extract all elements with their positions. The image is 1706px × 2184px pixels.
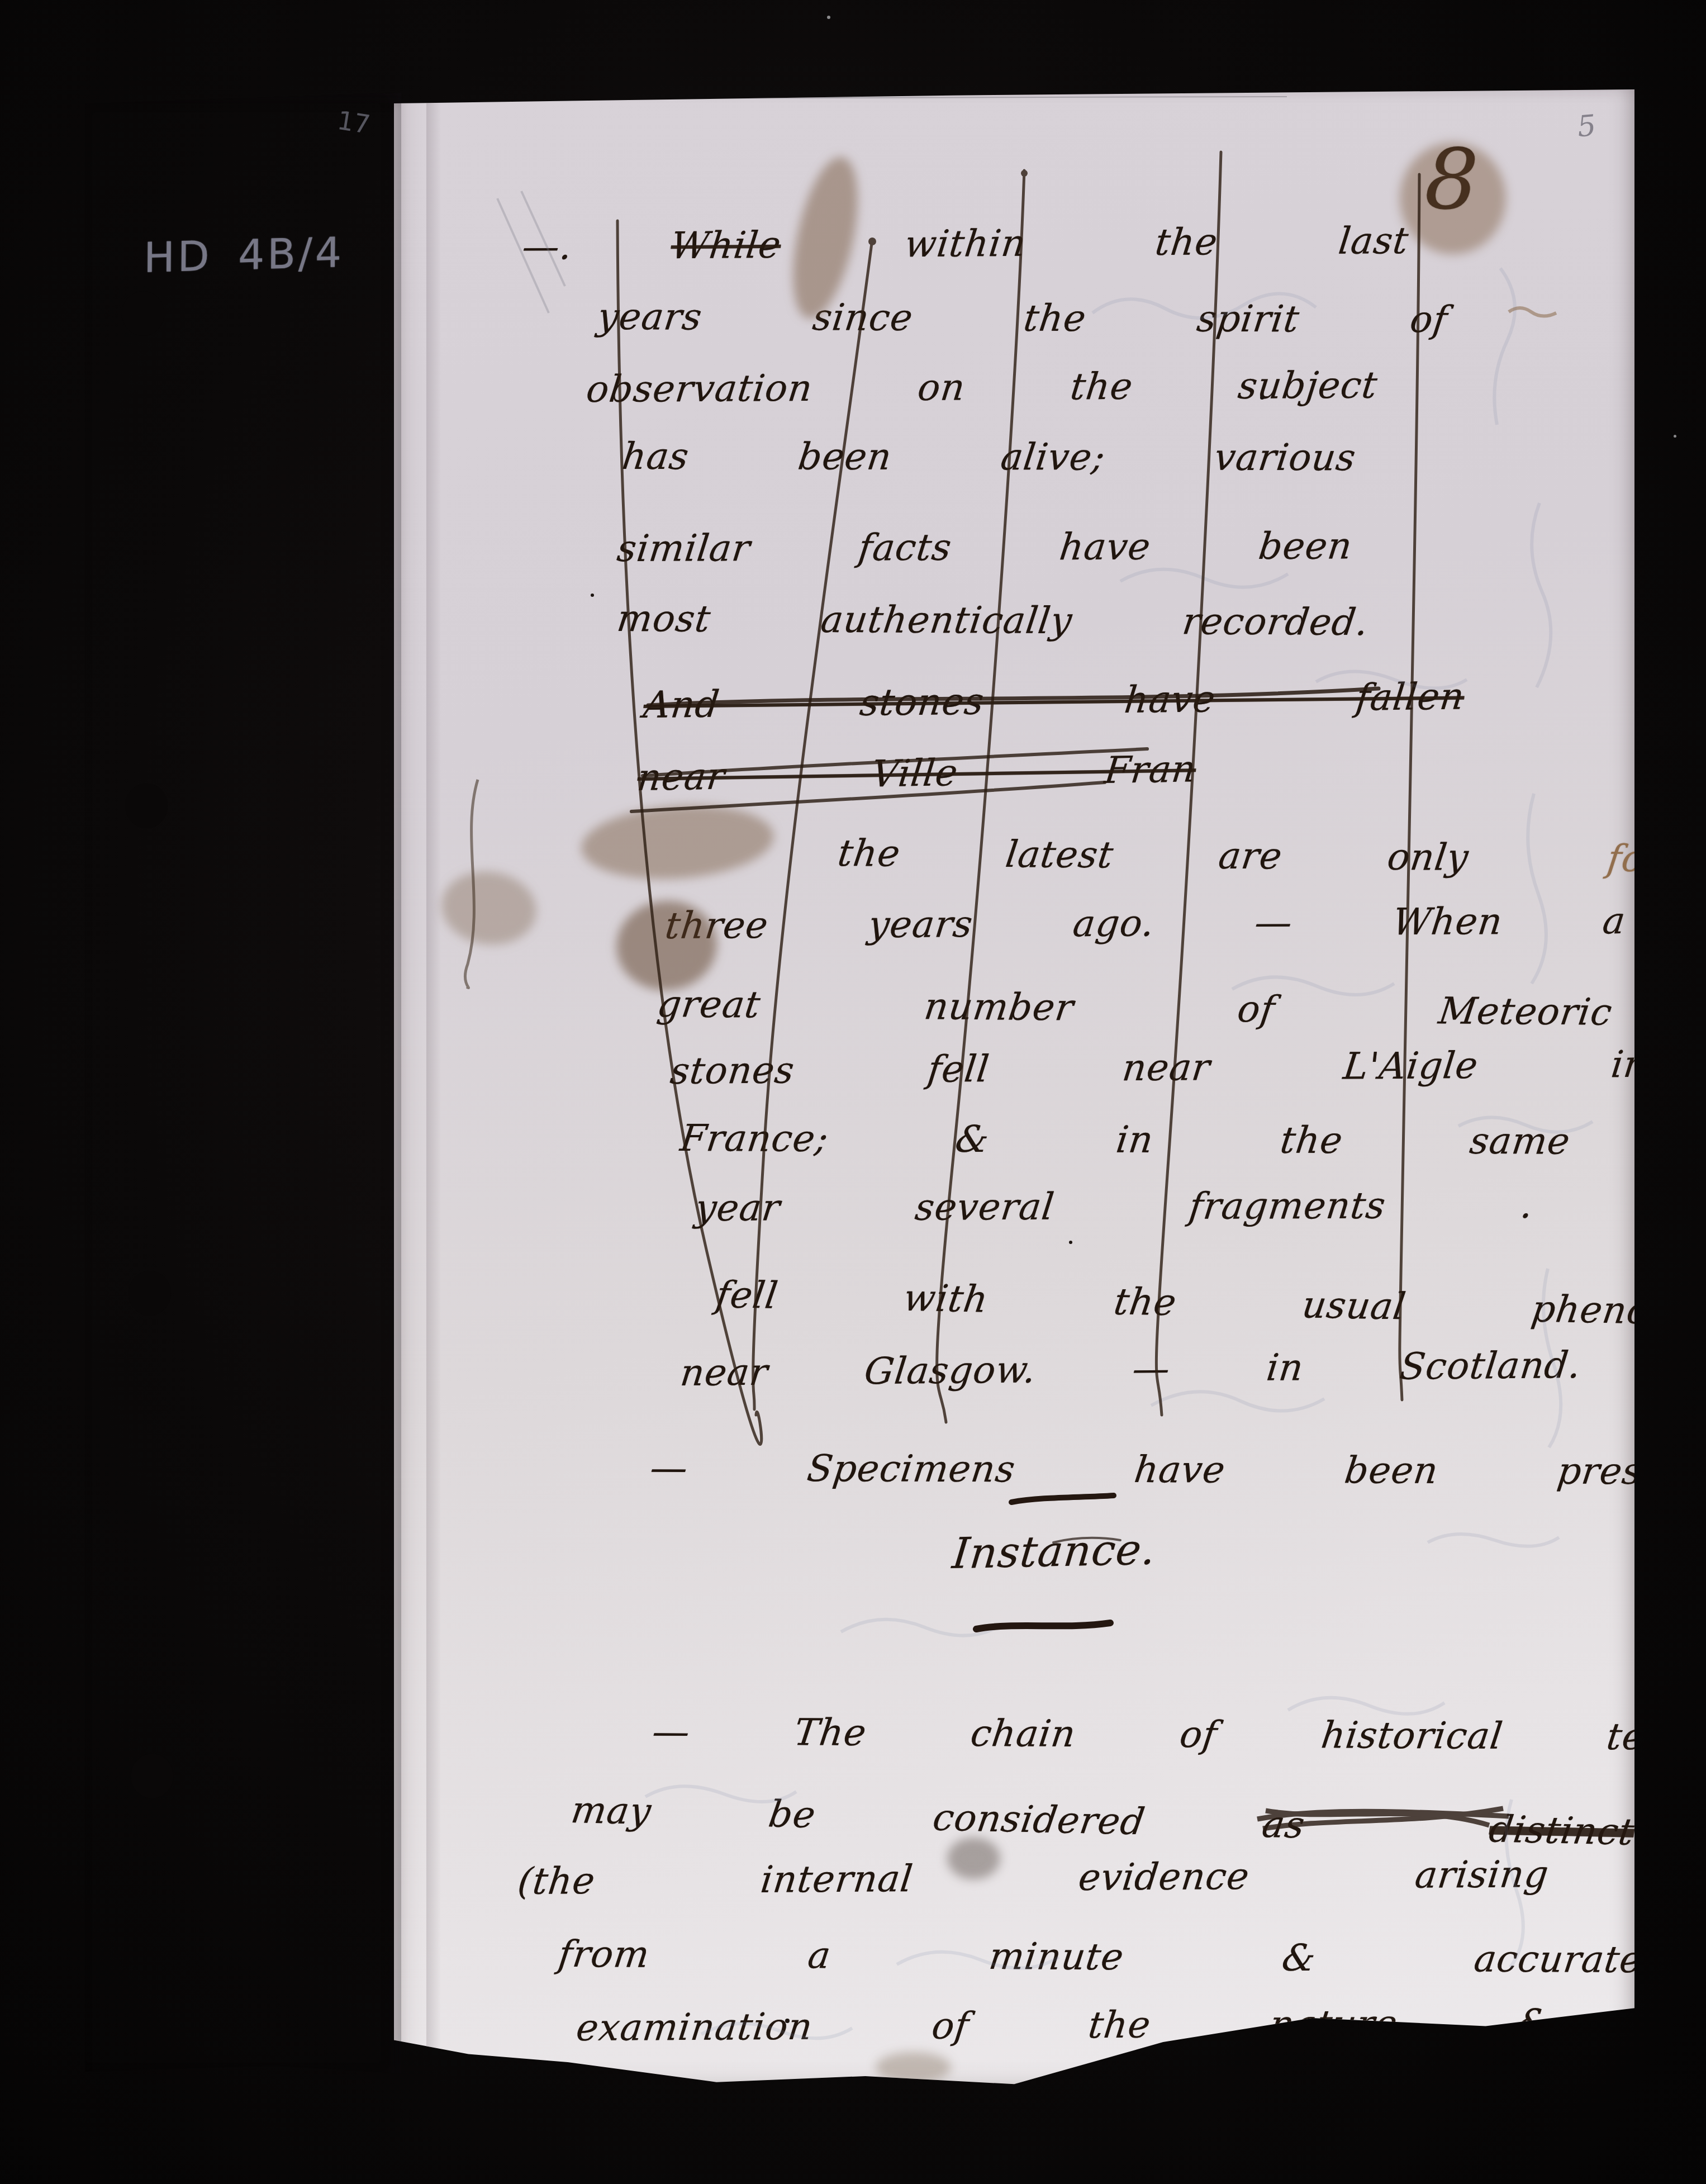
punch-hole bbox=[129, 1271, 171, 1316]
ink-smudge bbox=[437, 866, 541, 951]
ink-speck bbox=[785, 2019, 790, 2023]
manuscript-line: near Glasgow. — in Scotland. — bbox=[678, 1342, 1706, 1394]
manuscript-line: — Specimens have been preserved bbox=[648, 1446, 1706, 1493]
ink-speck bbox=[591, 594, 594, 597]
ink-smudge bbox=[876, 2052, 951, 2083]
manuscript-line: similar facts have been bbox=[615, 524, 1355, 570]
manuscript-line: stones fell near L'Aigle in bbox=[668, 1043, 1651, 1093]
manuscript-line: great number of Meteoric bbox=[655, 982, 1615, 1034]
manuscript-line: three years ago. — When a bbox=[663, 899, 1628, 947]
ink-speck bbox=[1260, 396, 1264, 400]
page-fold-shadow bbox=[426, 89, 441, 2090]
manuscript-line: And stones have fallen bbox=[641, 675, 1467, 727]
punch-hole bbox=[131, 1754, 173, 1798]
manuscript-line: most authentically recorded. bbox=[615, 597, 1371, 644]
punch-hole bbox=[125, 784, 168, 828]
pencil-corner-note: 17 bbox=[335, 105, 372, 140]
text-segment: last bbox=[1336, 219, 1411, 263]
manuscript-line: France; & in the same bbox=[678, 1117, 1572, 1163]
manuscript-line: —. While within the last bbox=[520, 219, 1412, 268]
manuscript-line: from a minute & accurate bbox=[556, 1933, 1645, 1981]
ink-smudge bbox=[579, 799, 776, 885]
text-segment: from a minute & accurate bbox=[556, 1933, 1645, 1981]
text-segment: examination of the nature & bbox=[574, 2001, 1552, 2049]
manuscript-line: — The chain of historical testimony bbox=[650, 1710, 1706, 1759]
text-segment: distinct bbox=[1486, 1808, 1637, 1854]
text-segment: — The chain of historical testimony bbox=[650, 1710, 1706, 1759]
manuscript-page: 8 5 —. While within the lastyears since … bbox=[394, 89, 1634, 2090]
text-segment: similar facts have been bbox=[615, 524, 1355, 570]
photograph-of-manuscript: HD 4B/4 17 8 5 —. While within the lasty… bbox=[0, 0, 1706, 2184]
ink-smudge bbox=[947, 1838, 1000, 1879]
text-segment: most authentically recorded. bbox=[615, 597, 1371, 644]
text-segment: And stones have fallen bbox=[641, 675, 1467, 727]
text-segment: has been alive; various bbox=[620, 435, 1358, 479]
text-segment: While bbox=[669, 224, 784, 267]
text-segment: four bbox=[1605, 837, 1690, 881]
text-segment: fell with the usual phenomena bbox=[714, 1273, 1706, 1334]
text-segment: within bbox=[902, 222, 1028, 266]
manuscript-line: fell with the usual phenomena bbox=[714, 1273, 1706, 1334]
text-segment: —. bbox=[520, 225, 575, 268]
text-segment: (the internal evidence arising bbox=[516, 1853, 1551, 1903]
folio-number-pencil: 5 bbox=[1576, 109, 1597, 144]
text-segment: observation on the subject bbox=[584, 364, 1380, 411]
vertical-cancellation-strokes bbox=[617, 152, 1419, 1444]
manuscript-line: has been alive; various bbox=[620, 435, 1358, 479]
ink-speck bbox=[1069, 1241, 1072, 1244]
text-segment: Instance. bbox=[950, 1524, 1158, 1578]
dust-speck bbox=[827, 16, 830, 19]
text-segment: — Specimens have been preserved bbox=[648, 1446, 1706, 1493]
text-segment: stones fell near L'Aigle in bbox=[668, 1043, 1651, 1093]
cover-sheet: HD 4B/4 17 bbox=[85, 93, 401, 2073]
page-top-crease bbox=[394, 96, 1287, 99]
text-segment: the bbox=[1153, 220, 1220, 264]
manuscript-line: examination of the nature & bbox=[574, 2001, 1552, 2049]
manuscript-line: Instance. bbox=[950, 1524, 1158, 1578]
text-segment: years since the spirit of bbox=[595, 295, 1450, 341]
text-segment: three years ago. — When a bbox=[663, 899, 1628, 947]
text-segment: great number of Meteoric bbox=[655, 982, 1615, 1034]
ink-smudge bbox=[1400, 143, 1506, 254]
text-segment: year several fragments . bbox=[693, 1184, 1536, 1229]
manuscript-line: near Ville Fran bbox=[635, 747, 1199, 799]
text-segment: may be considered as bbox=[568, 1788, 1308, 1846]
dust-speck bbox=[1674, 435, 1676, 438]
text-segment: near Glasgow. — in Scotland. — bbox=[678, 1342, 1706, 1394]
manuscript-line: may be considered as distinct complete bbox=[568, 1788, 1706, 1860]
manuscript-line: the latest are only four bbox=[835, 832, 1690, 881]
manuscript-line: (the internal evidence arising bbox=[516, 1853, 1551, 1903]
manuscript-line: year several fragments . bbox=[693, 1184, 1536, 1229]
punch-hole bbox=[122, 291, 164, 336]
text-segment: France; & in the same bbox=[678, 1117, 1572, 1163]
manuscript-line: observation on the subject bbox=[584, 364, 1380, 411]
text-segment: near Ville Fran bbox=[635, 747, 1199, 799]
shelfmark-label: HD 4B/4 bbox=[144, 229, 344, 282]
text-segment: the latest are only bbox=[835, 832, 1471, 879]
manuscript-line: years since the spirit of bbox=[595, 295, 1450, 341]
